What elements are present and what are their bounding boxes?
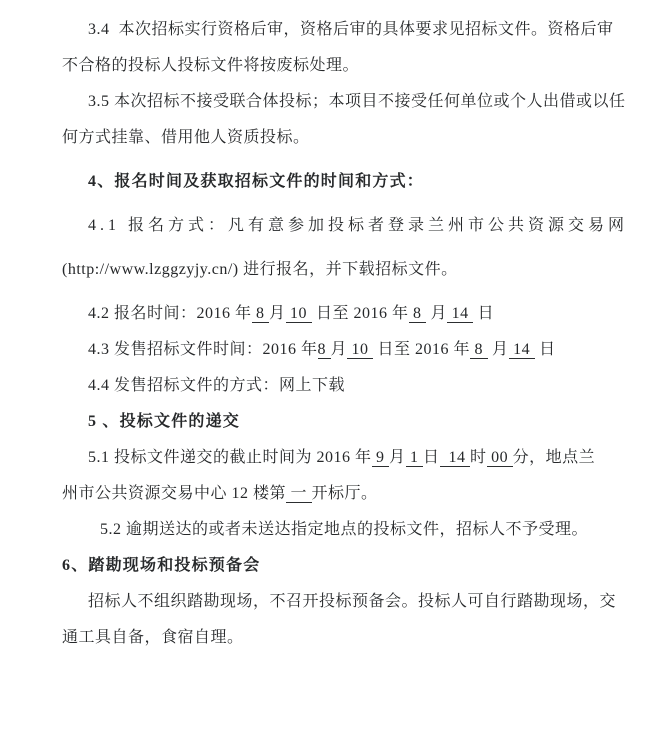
clause-3-5-line-1: 3.5 本次招标不接受联合体投标；本项目不接受任何单位或个人出借或以任 <box>62 84 620 120</box>
text-run: 5.1 投标文件递交的截止时间为 2016 年 <box>88 449 372 466</box>
blank-underline: 14 <box>447 305 473 323</box>
text-run: 3.5 本次招标不接受联合体投标；本项目不接受任何单位或个人出借或以任 <box>88 93 626 110</box>
text-run: 通工具自备，食宿自理。 <box>62 629 244 646</box>
text-run: 4.1 报名方式：凡有意参加投标者登录兰州市公共资源交易网 <box>88 217 628 234</box>
clause-4-1-line-2: (http://www.lzggzyjy.cn/) 进行报名，并下载招标文件。 <box>62 252 620 288</box>
blank-underline: 00 <box>487 449 513 467</box>
blank-underline: 8 <box>470 341 488 359</box>
heading-5: 5 、投标文件的递交 <box>62 404 620 440</box>
text-run: 月 <box>269 305 286 322</box>
text-run: 招标人不组织踏勘现场，不召开投标预备会。投标人可自行踏勘现场，交 <box>88 593 616 610</box>
clause-3-4-line-1: 3.4 本次招标实行资格后审，资格后审的具体要求见招标文件。资格后审 <box>62 12 620 48</box>
blank-underline: 10 <box>286 305 312 323</box>
text-run: 日 <box>473 305 494 322</box>
document-body: 3.4 本次招标实行资格后审，资格后审的具体要求见招标文件。资格后审不合格的投标… <box>62 12 620 656</box>
text-run: 月 <box>426 305 447 322</box>
text-run: 时 <box>470 449 487 466</box>
heading-6: 6、踏勘现场和投标预备会 <box>62 548 620 584</box>
blank-underline: 一 <box>286 485 312 503</box>
text-run: 月 <box>389 449 406 466</box>
blank-underline: 1 <box>406 449 424 467</box>
text-run: 5 、投标文件的递交 <box>88 413 240 430</box>
text-run: 日 <box>535 341 556 358</box>
blank-underline: 9 <box>372 449 390 467</box>
text-run: 月 <box>331 341 348 358</box>
blank-underline: 14 <box>440 449 471 467</box>
blank-underline: 8 <box>409 305 427 323</box>
text-run: 不合格的投标人投标文件将按废标处理。 <box>62 57 359 74</box>
text-run: 何方式挂靠、借用他人资质投标。 <box>62 129 310 146</box>
text-run: 日至 2016 年 <box>312 305 409 322</box>
text-run: 5.2 逾期送达的或者未送达指定地点的投标文件，招标人不予受理。 <box>100 521 588 538</box>
text-run: (http://www.lzggzyjy.cn/) 进行报名，并下载招标文件。 <box>62 261 458 278</box>
text-run: 4.4 发售招标文件的方式：网上下载 <box>88 377 345 394</box>
text-run: 月 <box>488 341 509 358</box>
clause-4-2: 4.2 报名时间：2016 年 8 月 10 日至 2016 年 8 月 14 … <box>62 296 620 332</box>
clause-5-1-line-1: 5.1 投标文件递交的截止时间为 2016 年 9 月 1 日 14 时 00 … <box>62 440 620 476</box>
text-run: 4、报名时间及获取招标文件的时间和方式： <box>88 173 424 190</box>
text-run: 日至 2016 年 <box>373 341 470 358</box>
clause-3-5-line-2: 何方式挂靠、借用他人资质投标。 <box>62 120 620 156</box>
text-run: 6、踏勘现场和投标预备会 <box>62 557 260 574</box>
clause-4-1-line-1: 4.1 报名方式：凡有意参加投标者登录兰州市公共资源交易网 <box>62 208 620 244</box>
clause-6-line-2: 通工具自备，食宿自理。 <box>62 620 620 656</box>
text-run: 州市公共资源交易中心 12 楼第 <box>62 485 286 502</box>
blank-underline: 10 <box>347 341 373 359</box>
clause-5-2: 5.2 逾期送达的或者未送达指定地点的投标文件，招标人不予受理。 <box>62 512 620 548</box>
heading-4: 4、报名时间及获取招标文件的时间和方式： <box>62 164 620 200</box>
blank-underline: 14 <box>509 341 535 359</box>
text-run: 日 <box>423 449 440 466</box>
text-run: 3.4 本次招标实行资格后审，资格后审的具体要求见招标文件。资格后审 <box>88 21 614 38</box>
clause-4-3: 4.3 发售招标文件时间：2016 年8 月 10 日至 2016 年 8 月 … <box>62 332 620 368</box>
text-run: 4.2 报名时间：2016 年 <box>88 305 252 322</box>
blank-underline: 8 <box>318 341 331 359</box>
text-run: 开标厅。 <box>312 485 378 502</box>
clause-4-4: 4.4 发售招标文件的方式：网上下载 <box>62 368 620 404</box>
blank-underline: 8 <box>252 305 270 323</box>
clause-6-line-1: 招标人不组织踏勘现场，不召开投标预备会。投标人可自行踏勘现场，交 <box>62 584 620 620</box>
clause-5-1-line-2: 州市公共资源交易中心 12 楼第 一 开标厅。 <box>62 476 620 512</box>
text-run: 分，地点兰 <box>513 449 596 466</box>
text-run: 4.3 发售招标文件时间：2016 年 <box>88 341 318 358</box>
clause-3-4-line-2: 不合格的投标人投标文件将按废标处理。 <box>62 48 620 84</box>
document-page: 3.4 本次招标实行资格后审，资格后审的具体要求见招标文件。资格后审不合格的投标… <box>0 0 668 656</box>
